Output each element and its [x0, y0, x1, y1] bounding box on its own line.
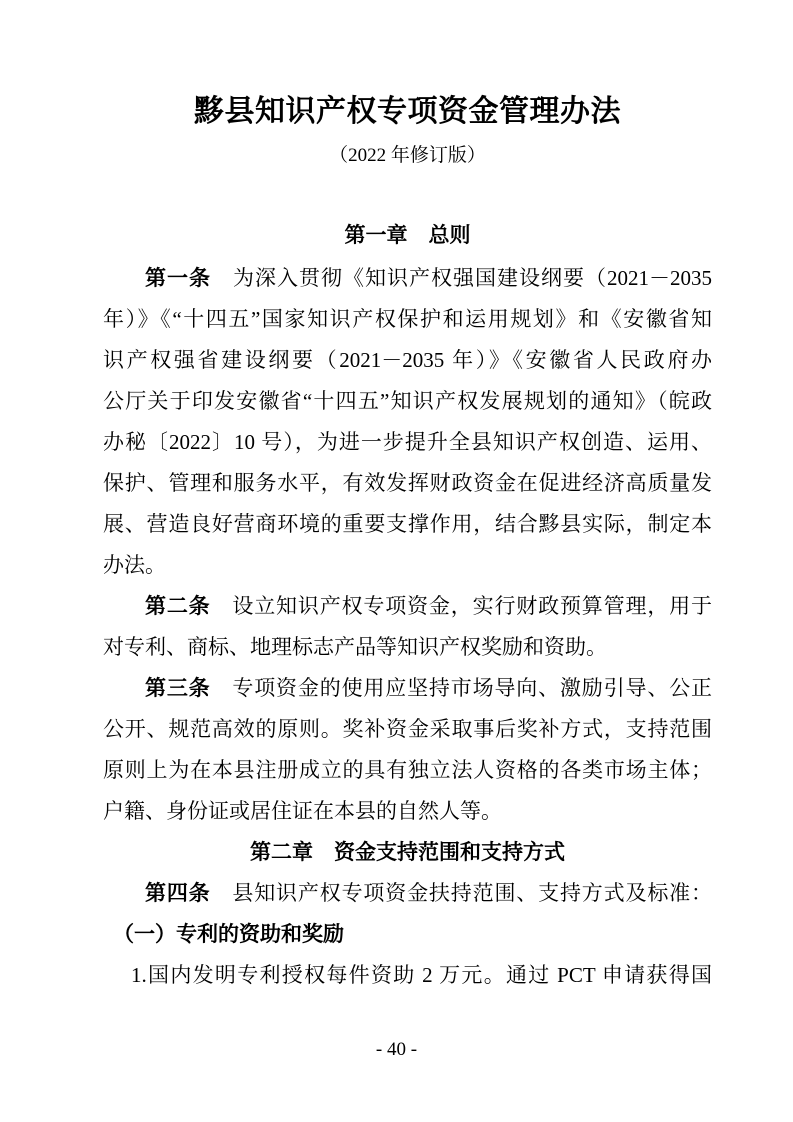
article-3-label: 第三条 — [145, 677, 211, 700]
paragraph-line: 公厅关于印发安徽省“十四五”知识产权发展规划的通知》（皖政 — [103, 381, 712, 422]
paragraph-line: 1.国内发明专利授权每件资助 2 万元。通过 PCT 申请获得国 — [103, 955, 712, 996]
paragraph-line: 展、营造良好营商环境的重要支撑作用，结合黟县实际，制定本 — [103, 504, 712, 545]
article-2-label: 第二条 — [145, 595, 211, 618]
paragraph-line: 保护、管理和服务水平，有效发挥财政资金在促进经济高质量发 — [103, 463, 712, 504]
paragraph-line: 办法。 — [103, 545, 712, 586]
paragraph-line: 年）》《“十四五”国家知识产权保护和运用规划》和《安徽省知 — [103, 299, 712, 340]
paragraph-line: 第四条 县知识产权专项资金扶持范围、支持方式及标准： — [103, 873, 712, 914]
paragraph-line: 第二条 设立知识产权专项资金，实行财政预算管理，用于 — [103, 586, 712, 627]
paragraph-line: 户籍、身份证或居住证在本县的自然人等。 — [103, 791, 712, 832]
paragraph-line: 识产权强省建设纲要（2021－2035 年）》《安徽省人民政府办 — [103, 340, 712, 381]
paragraph-line: 对专利、商标、地理标志产品等知识产权奖励和资助。 — [103, 627, 712, 668]
page-number: - 40 - — [0, 1038, 793, 1062]
paragraph-line: 公开、规范高效的原则。奖补资金采取事后奖补方式，支持范围 — [103, 709, 712, 750]
paragraph-line: 原则上为在本县注册成立的具有独立法人资格的各类市场主体； — [103, 750, 712, 791]
paragraph-text: 为深入贯彻《知识产权强国建设纲要（2021－2035 — [211, 266, 712, 290]
article-1-label: 第一条 — [145, 267, 211, 290]
paragraph-line: 第一条 为深入贯彻《知识产权强国建设纲要（2021－2035 — [103, 258, 712, 299]
section-1-heading: （一）专利的资助和奖励 — [103, 914, 712, 955]
article-4-label: 第四条 — [145, 882, 211, 905]
paragraph-text: 专项资金的使用应坚持市场导向、激励引导、公正 — [211, 676, 712, 700]
document-body: 第一条 为深入贯彻《知识产权强国建设纲要（2021－2035 年）》《“十四五”… — [103, 258, 712, 996]
document-page: 黟县知识产权专项资金管理办法 （2022 年修订版） 第一章 总则 第一条 为深… — [0, 0, 793, 1122]
chapter-2-heading: 第二章 资金支持范围和支持方式 — [103, 832, 712, 873]
paragraph-line: 第三条 专项资金的使用应坚持市场导向、激励引导、公正 — [103, 668, 712, 709]
paragraph-text: 县知识产权专项资金扶持范围、支持方式及标准： — [211, 881, 712, 905]
paragraph-line: 办秘〔2022〕10 号），为进一步提升全县知识产权创造、运用、 — [103, 422, 712, 463]
chapter-1-heading: 第一章 总则 — [103, 221, 712, 251]
document-title: 黟县知识产权专项资金管理办法 — [103, 92, 712, 132]
document-subtitle: （2022 年修订版） — [103, 143, 712, 169]
paragraph-text: 设立知识产权专项资金，实行财政预算管理，用于 — [211, 594, 712, 618]
document-content: 黟县知识产权专项资金管理办法 （2022 年修订版） 第一章 总则 第一条 为深… — [0, 0, 793, 996]
